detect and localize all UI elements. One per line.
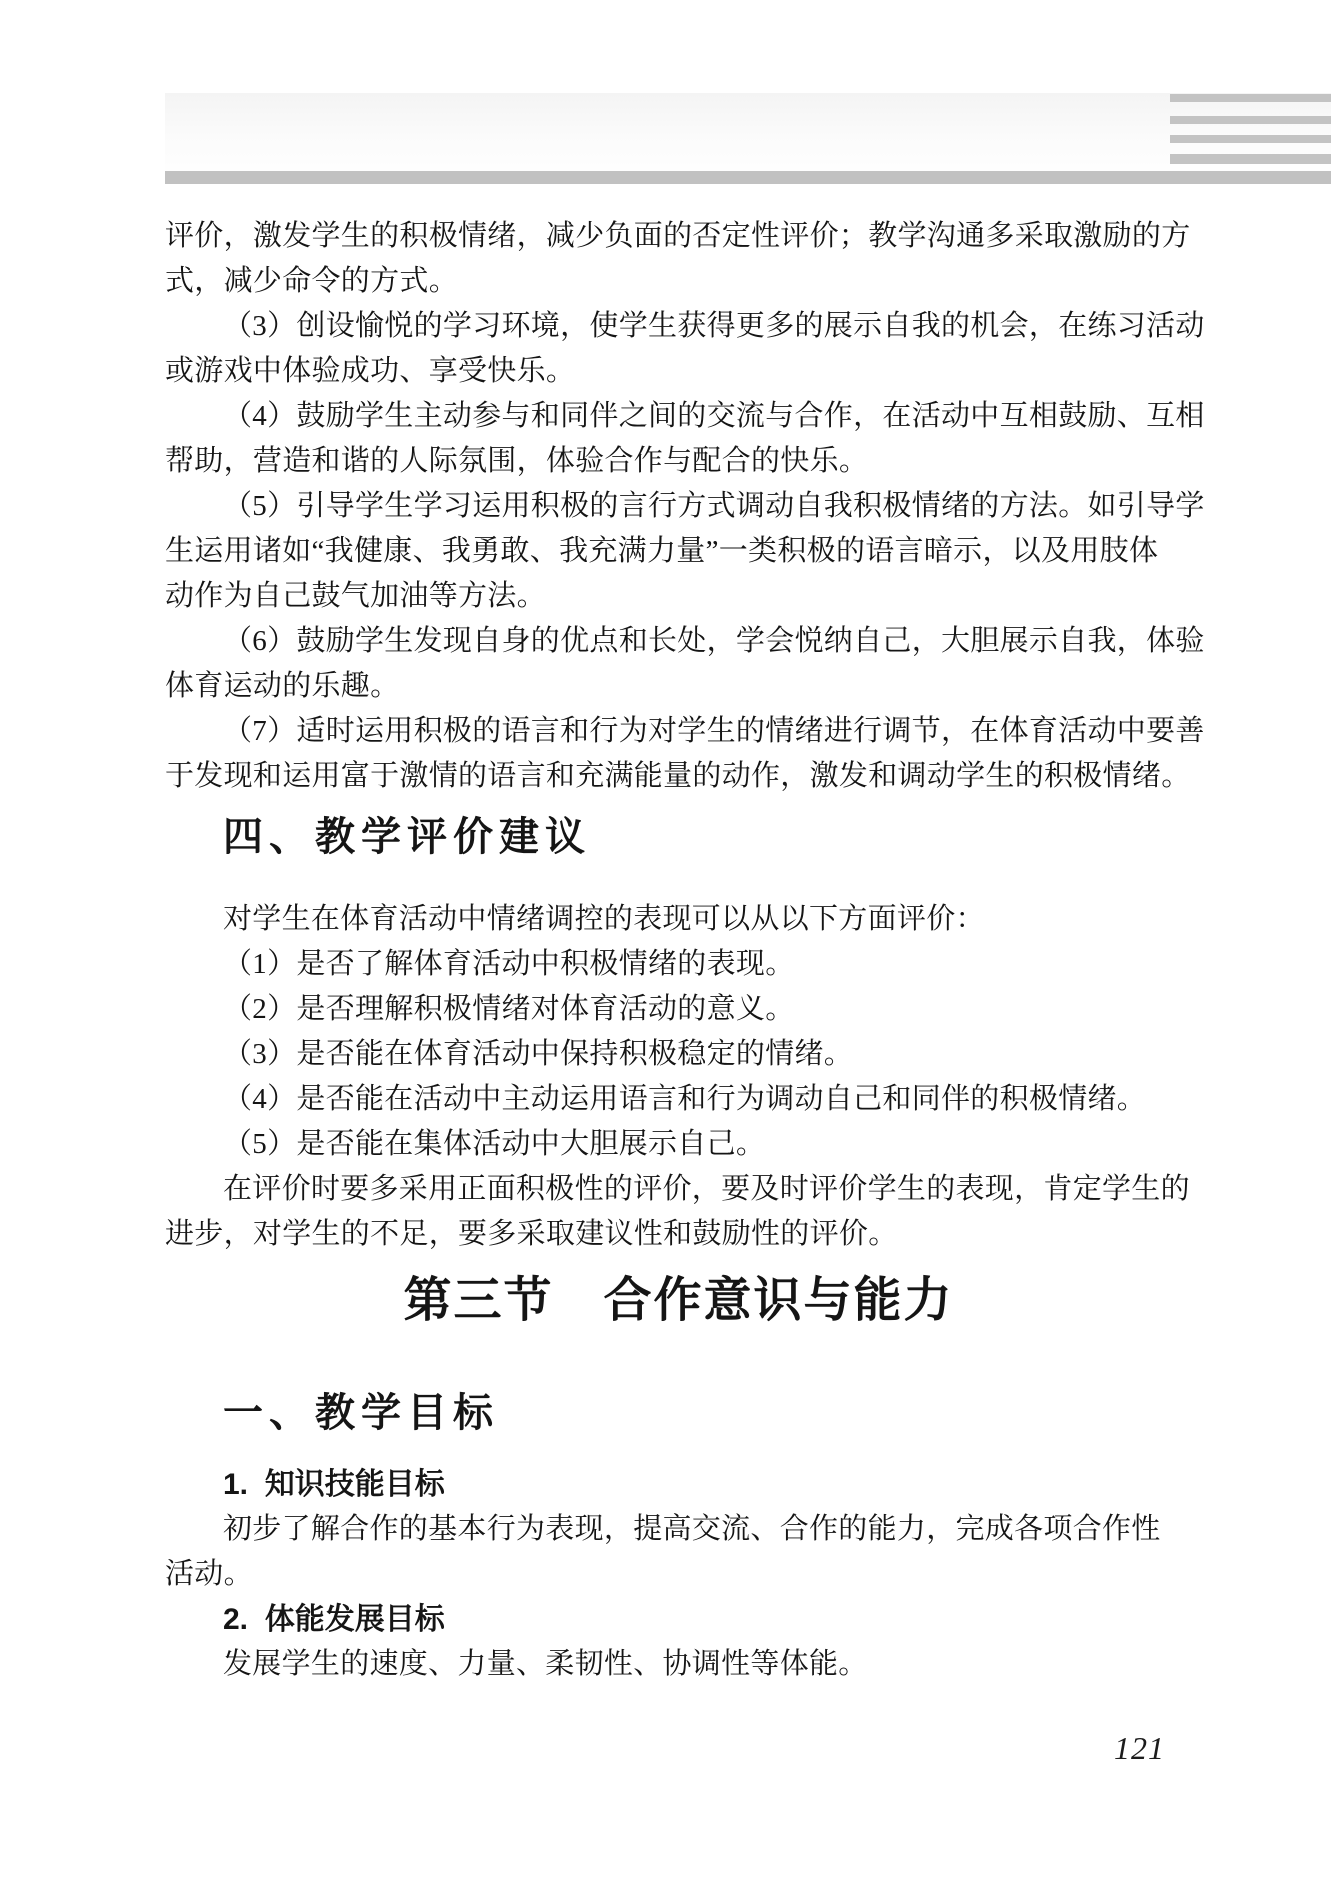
list-item-3: （3）创设愉悦的学习环境，使学生获得更多的展示自我的机会，在练习活动: [165, 304, 1192, 349]
section-heading-evaluation: 四、教学评价建议: [165, 807, 1192, 867]
header-stripe: [1170, 116, 1331, 124]
header-stripe: [1170, 154, 1331, 164]
paragraph-line: 动作为自己鼓气加油等方法。: [165, 574, 1192, 619]
list-item-5: （5）引导学生学习运用积极的言行方式调动自我积极情绪的方法。如引导学: [165, 484, 1192, 529]
header-stripe: [1170, 135, 1331, 143]
paragraph-line: 活动。: [165, 1552, 1192, 1597]
eval-item-1: （1）是否了解体育活动中积极情绪的表现。: [165, 942, 1192, 987]
list-item-7: （7）适时运用积极的语言和行为对学生的情绪进行调节，在体育活动中要善: [165, 709, 1192, 754]
eval-item-5: （5）是否能在集体活动中大胆展示自己。: [165, 1122, 1192, 1167]
section-heading-objectives: 一、教学目标: [165, 1383, 1192, 1443]
paragraph-line: 发展学生的速度、力量、柔韧性、协调性等体能。: [165, 1642, 1192, 1687]
eval-item-2: （2）是否理解积极情绪对体育活动的意义。: [165, 987, 1192, 1032]
paragraph-line: 在评价时要多采用正面积极性的评价，要及时评价学生的表现，肯定学生的: [165, 1167, 1192, 1212]
paragraph-line: 体育运动的乐趣。: [165, 664, 1192, 709]
header-stripe: [1170, 94, 1331, 102]
book-page: 评价，激发学生的积极情绪，减少负面的否定性评价；教学沟通多采取激励的方式，减少命…: [0, 0, 1331, 1884]
paragraph-line: 初步了解合作的基本行为表现，提高交流、合作的能力，完成各项合作性: [165, 1507, 1192, 1552]
chapter-title: 第三节 合作意识与能力: [165, 1266, 1192, 1336]
paragraph-line: 帮助，营造和谐的人际氛围，体验合作与配合的快乐。: [165, 439, 1192, 484]
paragraph-line: 进步，对学生的不足，要多采取建议性和鼓励性的评价。: [165, 1212, 1192, 1257]
paragraph-line: 式，减少命令的方式。: [165, 259, 1192, 304]
eval-item-3: （3）是否能在体育活动中保持积极稳定的情绪。: [165, 1032, 1192, 1077]
header-background: [165, 93, 1331, 171]
list-item-6: （6）鼓励学生发现自身的优点和长处，学会悦纳自己，大胆展示自我，体验: [165, 619, 1192, 664]
paragraph-line: 对学生在体育活动中情绪调控的表现可以从以下方面评价：: [165, 897, 1192, 942]
paragraph-line: 生运用诸如“我健康、我勇敢、我充满力量”一类积极的语言暗示，以及用肢体: [165, 529, 1192, 574]
paragraph-line: 于发现和运用富于激情的语言和充满能量的动作，激发和调动学生的积极情绪。: [165, 754, 1192, 799]
eval-item-4: （4）是否能在活动中主动运用语言和行为调动自己和同伴的积极情绪。: [165, 1077, 1192, 1122]
page-number: 121: [1114, 1730, 1165, 1767]
header-band: [165, 171, 1331, 184]
paragraph-line: 评价，激发学生的积极情绪，减少负面的否定性评价；教学沟通多采取激励的方: [165, 214, 1192, 259]
objective-heading-1: 1. 知识技能目标: [165, 1462, 1192, 1507]
text-column: 评价，激发学生的积极情绪，减少负面的否定性评价；教学沟通多采取激励的方式，减少命…: [165, 214, 1192, 1687]
objective-heading-2: 2. 体能发展目标: [165, 1597, 1192, 1642]
list-item-4: （4）鼓励学生主动参与和同伴之间的交流与合作，在活动中互相鼓励、互相: [165, 394, 1192, 439]
paragraph-line: 或游戏中体验成功、享受快乐。: [165, 349, 1192, 394]
